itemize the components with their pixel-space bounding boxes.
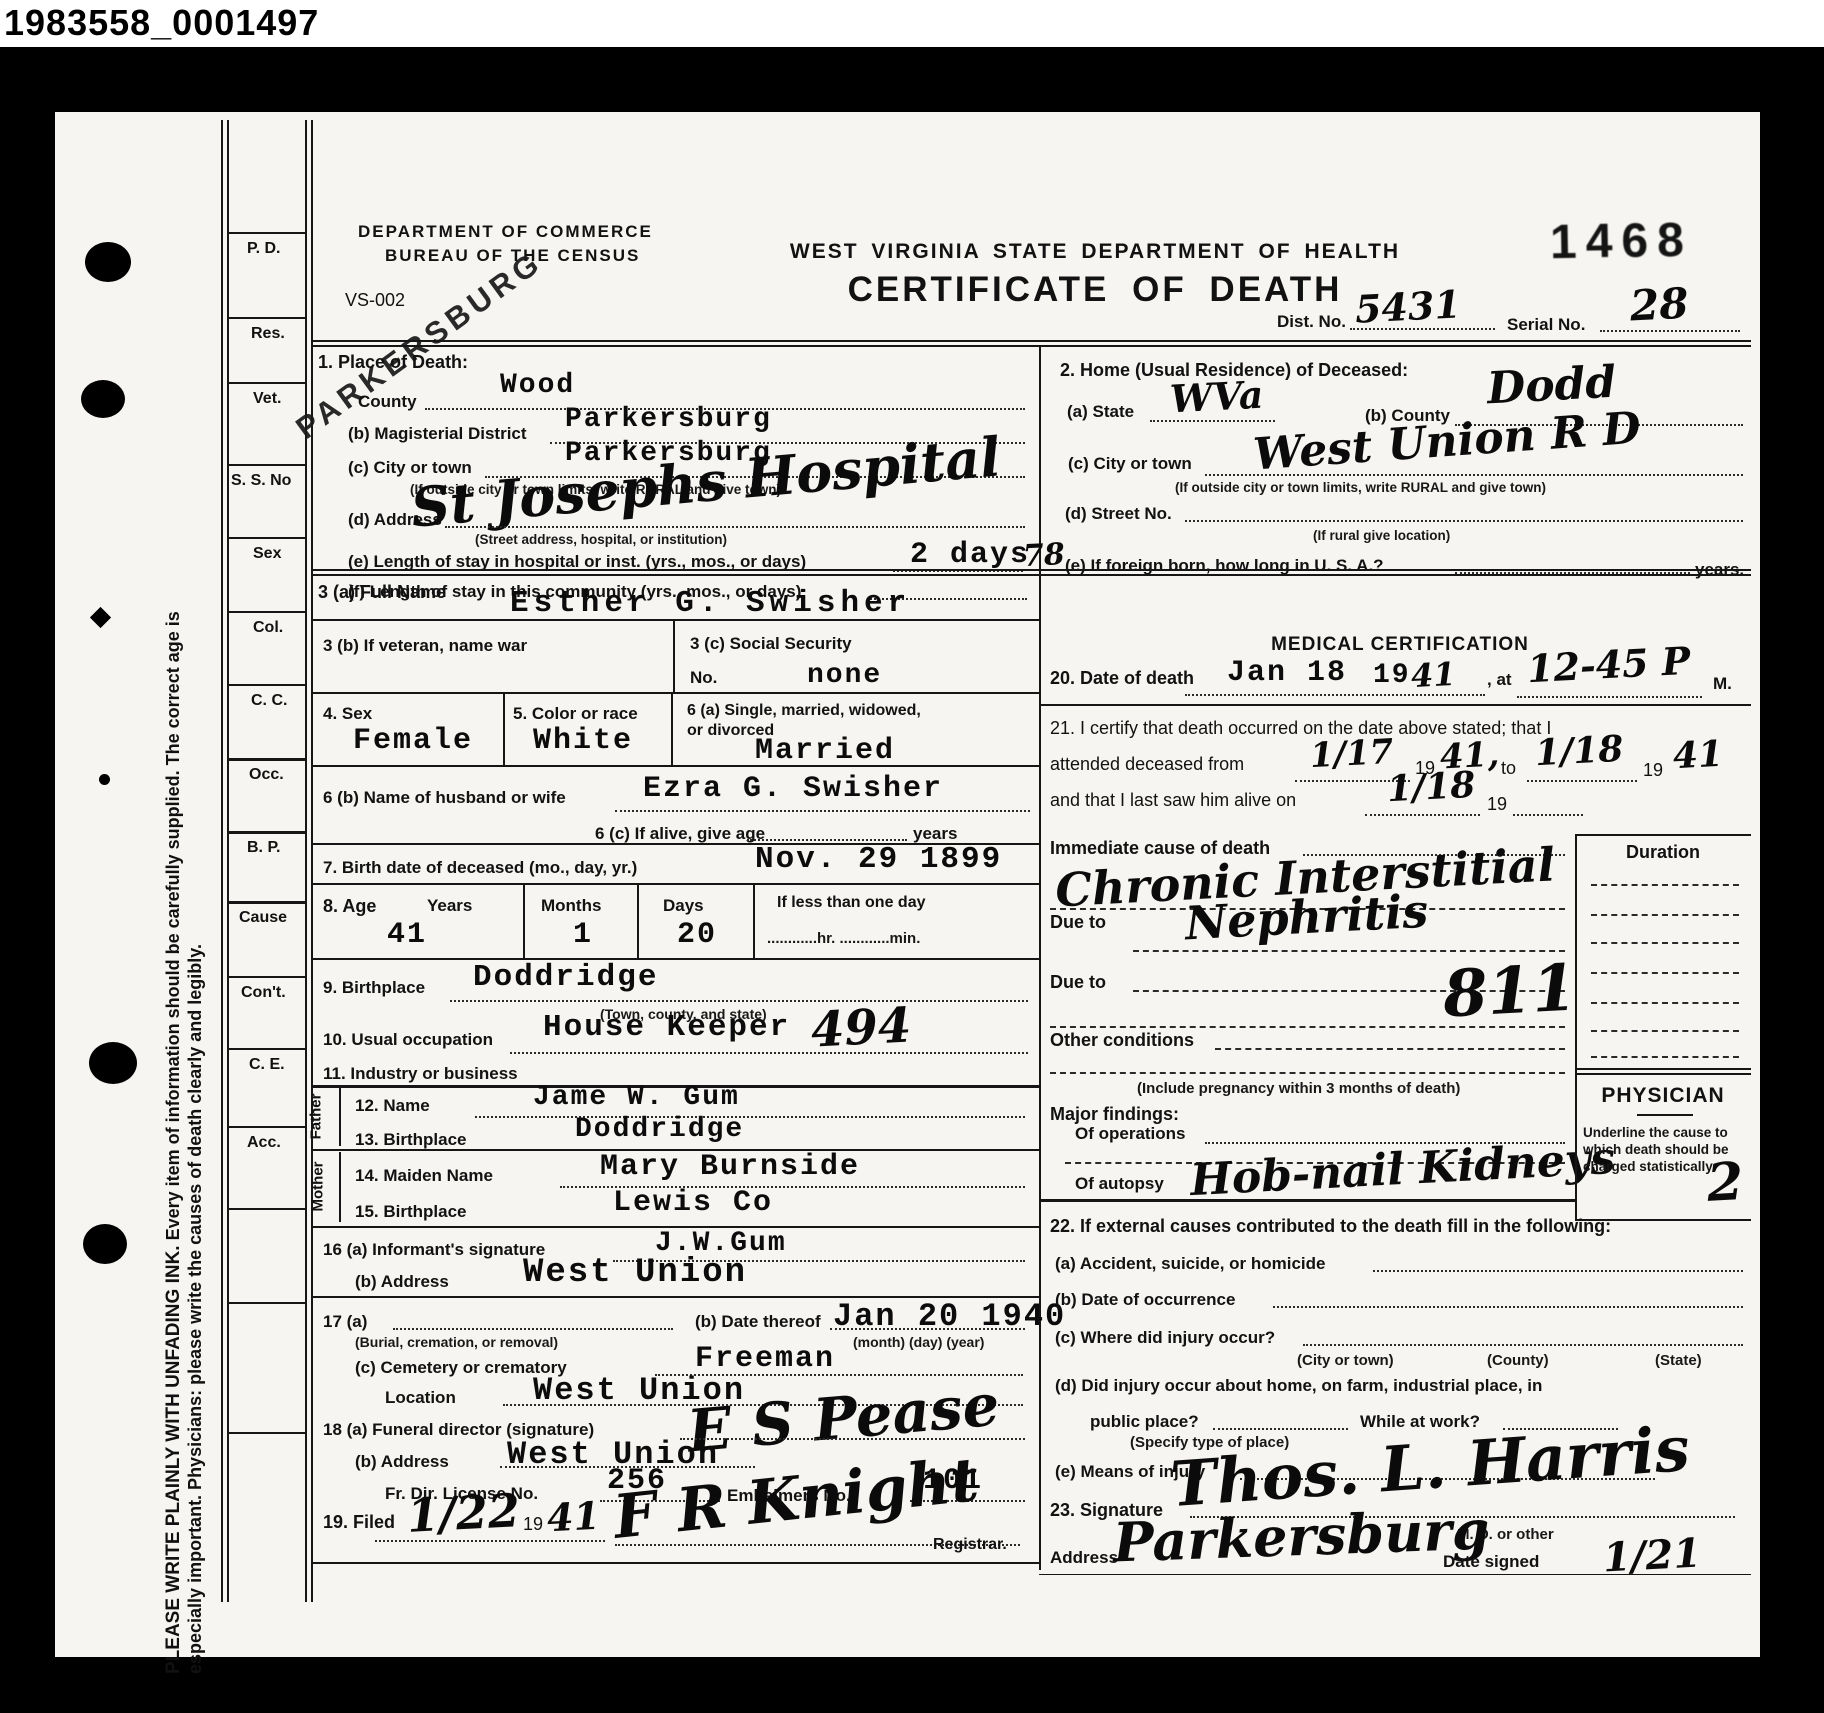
age-days-label: Days [663,896,704,916]
disposition-date-label: (b) Date thereof [695,1312,821,1332]
veteran-label: 3 (b) If veteran, name war [323,636,527,656]
hole-punch [83,1224,127,1264]
occupation-value: House Keeper [543,1010,790,1045]
birthdate-value: Nov. 29 1899 [755,842,1002,877]
serial-no-value: 28 [1629,279,1690,331]
rule [1575,834,1577,1219]
spouse-value: Ezra G. Swisher [643,772,943,806]
rule [311,340,1751,342]
rule [227,382,305,384]
rule [227,684,305,686]
dotted-rule [1517,696,1702,698]
rule [227,120,229,1602]
dashed-rule [1133,950,1565,952]
hole-punch [89,1042,137,1084]
dotted-rule [375,1540,605,1542]
rule [305,120,307,1602]
rule [1575,834,1751,836]
rule [311,619,1039,621]
dotted-rule [1185,520,1743,522]
autopsy-label: Of autopsy [1075,1174,1164,1194]
rule [311,765,1039,767]
dashed-rule [1591,1030,1739,1032]
filed-date-value: 1/22 [406,1483,521,1543]
dod-label: 20. Date of death [1050,668,1194,689]
home-city-label: (c) City or town [1068,454,1192,474]
rule [311,958,1039,960]
disposition-a-note: (Burial, cremation, or removal) [355,1334,558,1350]
filed-year-value: 41 [546,1493,601,1541]
funeral-addr-label: (b) Address [355,1452,449,1472]
occupation-label: 10. Usual occupation [323,1030,493,1050]
father-name-value: Jame W. Gum [533,1082,740,1113]
physician-code: 2 [1705,1151,1744,1214]
form-number: VS-002 [345,290,405,311]
father-bp-value: Doddridge [575,1114,744,1145]
rule [339,1152,341,1222]
spouse-label: 6 (b) Name of husband or wife [323,788,566,808]
age-years-value: 41 [387,918,427,952]
side-label-cc: C. C. [251,692,287,710]
mother-name-label: 14. Maiden Name [355,1166,493,1186]
attended-to-yp: 19 [1643,760,1663,781]
birthdate-label: 7. Birth date of deceased (mo., day, yr.… [323,858,637,878]
mother-tab: Mother [310,1162,327,1212]
rule [227,758,305,761]
home-state-label: (a) State [1067,402,1134,422]
ss-label: 3 (c) Social Security [690,634,852,654]
mother-name-value: Mary Burnside [600,1150,860,1184]
external-c-note1: (City or town) [1297,1352,1394,1369]
dotted-rule [450,1000,1028,1002]
dashed-rule [1050,1026,1565,1028]
dashed-rule [1591,914,1739,916]
side-label-cause: Cause [239,909,287,927]
due1-value: Nephritis [1184,884,1430,951]
dotted-rule [1185,694,1485,696]
serial-no-label: Serial No. [1507,315,1585,335]
rule [221,120,223,1602]
informant-addr-label: (b) Address [355,1272,449,1292]
dashed-rule [1050,1072,1565,1074]
duration-label: Duration [1575,842,1751,863]
filed-year-printed: 19 [523,1514,543,1535]
home-foreign-label: (e) If foreign born, how long in U. S. A… [1065,556,1384,576]
rule [1637,1114,1693,1116]
dotted-rule [1513,814,1583,816]
age-years-label: Years [427,896,472,916]
place-address-note: (Street address, hospital, or institutio… [475,532,727,547]
rule [311,120,313,1602]
location-label: Location [385,1388,456,1408]
dotted-rule [680,1438,1025,1440]
rule [311,345,1751,347]
rule [1575,1073,1751,1075]
ss-value: none [807,660,882,691]
rule [227,831,305,834]
race-value: White [533,724,633,758]
dashed-rule [1591,972,1739,974]
date-signed-label: Date signed [1443,1552,1539,1572]
external-c-note2: (County) [1487,1352,1549,1369]
side-label-col: Col. [253,619,283,637]
external-d-label2: public place? [1090,1412,1199,1432]
attestation-addr-value: Parkersburg [1112,1497,1490,1574]
dist-no-label: Dist. No. [1277,312,1346,332]
rule [671,692,673,765]
due1-label: Due to [1050,912,1106,933]
margin-line2: especially important. Physicians: please… [185,244,206,1674]
side-label-sex: Sex [253,545,281,563]
side-label-acc: Acc. [247,1134,281,1152]
state-health-title: WEST VIRGINIA STATE DEPARTMENT OF HEALTH [675,240,1515,264]
side-label-pd: P. D. [247,240,281,258]
dotted-rule [615,810,1030,812]
dod-value: Jan 18 [1227,656,1347,690]
external-d-label1: (d) Did injury occur about home, on farm… [1055,1376,1542,1396]
home-state-value: WVa [1169,372,1265,422]
age-months-label: Months [541,896,601,916]
registrar-label: Registrar. [933,1536,1007,1554]
mother-bp-label: 15. Birthplace [355,1202,467,1222]
physician-title: PHYSICIAN [1575,1084,1751,1108]
dashed-rule [1591,1056,1739,1058]
dotted-rule [1600,330,1740,332]
mother-bp-value: Lewis Co [613,1186,773,1220]
external-title: 22. If external causes contributed to th… [1050,1216,1611,1237]
rule [1039,1199,1577,1202]
attended-from-value: 1/17 [1309,732,1394,776]
certificate-number-stamp: 1468 [1550,213,1694,270]
rule [311,692,1039,694]
age-days-value: 20 [677,918,717,952]
rule [227,1302,305,1304]
external-b-label: (b) Date of occurrence [1055,1290,1235,1310]
rule [1039,704,1751,706]
informant-addr-value: West Union [523,1254,747,1292]
side-label-bp: B. P. [247,839,281,857]
dotted-rule [445,526,1025,528]
external-a-label: (a) Accident, suicide, or homicide [1055,1254,1325,1274]
scan-mark [90,607,111,628]
rule [339,1088,341,1146]
certificate-page: PLEASE WRITE PLAINLY WITH UNFADING INK. … [55,112,1760,1657]
dotted-rule [1373,1270,1743,1272]
findings-label: Major findings: [1050,1104,1179,1125]
filed-label: 19. Filed [323,1512,395,1533]
margin-line1-rest: Every item of information should be care… [163,611,183,1245]
attended-to-label: to [1501,758,1516,779]
informant-sig-label: 16 (a) Informant's signature [323,1240,545,1260]
dashed-rule [1591,884,1739,886]
rule [227,1126,305,1128]
dotted-rule [1527,780,1637,782]
rule [311,1562,1039,1564]
attestation-addr-label: Address [1050,1548,1118,1568]
dotted-rule [1350,328,1495,330]
rule [227,1432,305,1434]
rule [227,901,305,904]
dotted-rule [830,1328,1025,1330]
father-tab: Father [307,1094,324,1140]
side-label-vet: Vet. [253,390,281,408]
rule [503,692,505,765]
rule [753,883,755,958]
rule [227,1048,305,1050]
pregnancy-note: (Include pregnancy within 3 months of de… [1137,1080,1460,1097]
alive-suffix: years [913,824,957,844]
rule [523,883,525,958]
dod-year-script: 41 [1410,655,1456,695]
disposition-a-label: 17 (a) [323,1312,367,1332]
race-label: 5. Color or race [513,704,638,724]
dotted-rule [1150,420,1275,422]
other-conditions-label: Other conditions [1050,1030,1194,1051]
dotted-rule [1205,474,1743,476]
external-c-note3: (State) [1655,1352,1702,1369]
dod-year-printed: 19 [1373,660,1411,691]
last-seen-yp: 19 [1487,794,1507,815]
dotted-rule [1303,1344,1743,1346]
dashed-rule [1591,942,1739,944]
age-hr-min-label: ............hr. ............min. [767,930,920,947]
dotted-rule [475,1116,1025,1118]
place-county-value: Wood [500,370,575,401]
ss-no-label: No. [690,668,717,688]
age-label: 8. Age [323,896,376,917]
birthplace-label: 9. Birthplace [323,978,425,998]
cemetery-value: Freeman [695,1342,835,1376]
rule [227,976,305,978]
dotted-rule [1365,814,1480,816]
scan-id: 1983558_0001497 [4,2,319,44]
side-label-occ: Occ. [249,766,284,784]
dotted-rule [510,1052,1028,1054]
scan-mark [99,774,110,785]
fullname-value: Esther G. Swisher [510,586,911,621]
industry-label: 11. Industry or business [323,1064,518,1084]
external-c-label: (c) Where did injury occur? [1055,1328,1275,1348]
scan-id-bar: 1983558_0001497 [0,0,1824,47]
marital-value: Married [755,734,895,768]
marital-label1: 6 (a) Single, married, widowed, [687,702,921,720]
occupation-code: 494 [810,997,913,1058]
dept-line1: DEPARTMENT OF COMMERCE [358,222,653,242]
rule [637,883,639,958]
hole-punch [85,242,131,282]
rule [1575,1068,1751,1070]
dod-at-label: , at [1487,670,1512,690]
sex-label: 4. Sex [323,704,372,724]
alive-label: 6 (c) If alive, give age [595,824,765,844]
side-label-ssno: S. S. No [231,472,291,490]
dotted-rule [1273,1306,1743,1308]
rule [227,232,305,234]
rule [311,883,1039,885]
last-seen-value: 1/18 [1386,764,1476,811]
due2-label: Due to [1050,972,1106,993]
disposition-date-note: (month) (day) (year) [853,1334,984,1350]
father-bp-label: 13. Birthplace [355,1130,467,1150]
home-street-note: (If rural give location) [1313,528,1450,543]
attended-to-ys: 41 [1672,733,1724,778]
dod-time-value: 12-45 P [1526,638,1691,691]
rule [1039,345,1041,1570]
birthplace-value: Doddridge [473,960,658,995]
dist-no-value: 5431 [1354,281,1462,331]
rule [227,611,305,613]
operations-label: Of operations [1075,1124,1186,1144]
home-city-note: (If outside city or town limits, write R… [1175,480,1546,495]
fullname-label: 3 (a) Full Name [318,582,446,603]
side-label-ce: C. E. [249,1056,285,1074]
dotted-rule [393,1328,673,1330]
place-county-label: County [358,392,417,412]
due2-code: 811 [1441,951,1578,1033]
side-label-res: Res. [251,325,285,343]
place-district-value: Parkersburg [565,404,772,435]
place-stay-hosp-value: 2 days [910,538,1030,572]
dod-m-label: M. [1713,674,1732,694]
age-months-value: 1 [573,918,593,952]
dashed-rule [1591,1002,1739,1004]
rule [227,1208,305,1210]
place-district-label: (b) Magisterial District [348,424,527,444]
certify-line2: attended deceased from [1050,754,1244,775]
rule [673,619,675,692]
age-less-label: If less than one day [777,894,925,912]
attended-to-value: 1/18 [1534,728,1624,775]
rule [227,317,305,319]
home-street-label: (d) Street No. [1065,504,1172,524]
place-title: 1. Place of Death: [318,352,468,373]
hole-punch [81,380,125,418]
margin-line1-bold: PLEASE WRITE PLAINLY WITH UNFADING INK. [163,1245,184,1674]
dotted-rule [1213,1428,1348,1430]
date-signed-value: 1/21 [1602,1529,1702,1581]
rule [311,574,1751,576]
certify-line3: and that I last saw him alive on [1050,790,1296,811]
father-name-label: 12. Name [355,1096,430,1116]
sex-value: Female [353,724,473,758]
dotted-rule [747,839,907,841]
dashed-rule [1215,1048,1565,1050]
rule [227,537,305,539]
margin-instructions: PLEASE WRITE PLAINLY WITH UNFADING INK. … [163,244,206,1674]
side-label-cont: Con't. [241,984,286,1002]
rule [227,464,305,466]
rule [311,569,1751,571]
